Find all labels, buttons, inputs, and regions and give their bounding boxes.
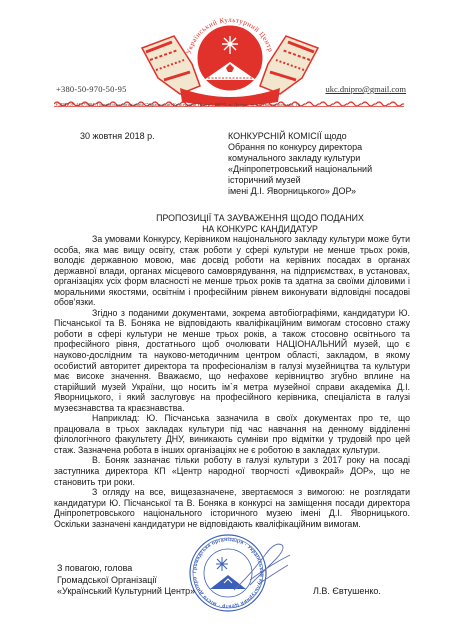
addressee-block: КОНКУРСНІЙ КОМІСІЇ щодо Обрання по конку…	[228, 131, 372, 197]
addressee-line: КОНКУРСНІЙ КОМІСІЇ щодо	[228, 131, 372, 142]
addressee-line: комунального закладу культури	[228, 153, 372, 164]
handwritten-signature	[230, 535, 295, 595]
closing-line: Громадської Організації	[57, 575, 195, 587]
organization-logo: Український Культурний Центр	[140, 6, 320, 106]
body-paragraph: З огляду на все, вищезазначене, звертаєм…	[54, 487, 410, 529]
body-paragraph: В. Боняк зазначає тільки роботу в галузі…	[54, 455, 410, 487]
letter-body: За умовами Конкурсу, Керівником націонал…	[54, 234, 410, 529]
addressee-line: «Дніпропетровський національний	[228, 164, 372, 175]
stamp-windmill-icon	[216, 557, 228, 571]
title-line: НА КОНКУРС КАНДИДАТУР	[40, 224, 440, 235]
document-title: ПРОПОЗИЦІЇ ТА ЗАУВАЖЕННЯ ЩОДО ПОДАНИХ НА…	[40, 213, 440, 234]
ornament-divider	[54, 94, 404, 101]
closing-line: «Український Культурний Центр»	[57, 586, 195, 598]
addressee-line: Обрання по конкурсу директора	[228, 142, 372, 153]
addressee-line: імені Д.І. Яворницького» ДОР»	[228, 186, 372, 197]
letter-date: 30 жовтня 2018 р.	[80, 131, 155, 141]
registration-details: ЄДРПОУ 41475881, Громадська організація …	[56, 102, 408, 107]
body-paragraph: За умовами Конкурсу, Керівником націонал…	[54, 234, 410, 308]
email-link[interactable]: ukc.dnipro@gmail.com	[325, 84, 406, 94]
title-line: ПРОПОЗИЦІЇ ТА ЗАУВАЖЕННЯ ЩОДО ПОДАНИХ	[40, 213, 440, 224]
body-paragraph: Наприклад: Ю. Пісчанська зазначила в сво…	[54, 413, 410, 455]
addressee-line: історичний музей	[228, 175, 372, 186]
signer-name: Л.В. Євтушенко.	[313, 586, 381, 596]
phone-number[interactable]: +380-50-970-50-95	[56, 84, 127, 94]
closing-line: З повагою, голова	[57, 563, 195, 575]
closing-block: З повагою, голова Громадської Організаці…	[57, 563, 195, 598]
body-paragraph: Згідно з поданими документами, зокрема а…	[54, 308, 410, 413]
